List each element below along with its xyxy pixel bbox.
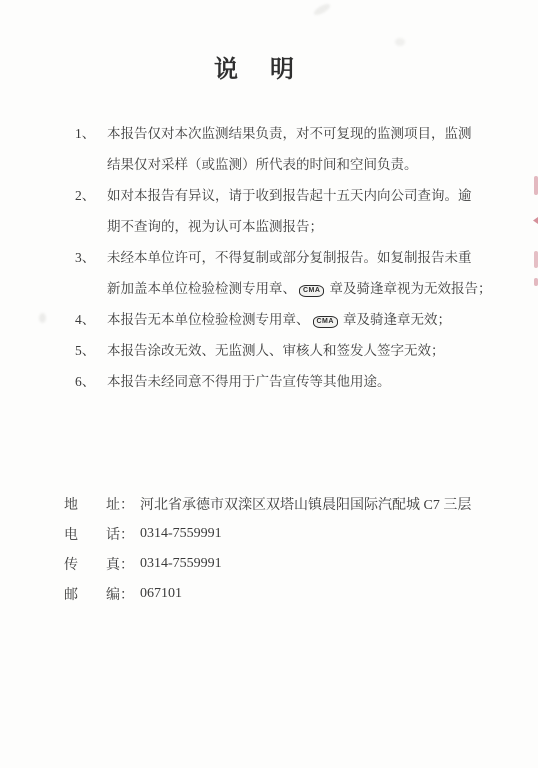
contact-value-address: 河北省承德市双滦区双塔山镇晨阳国际汽配城 C7 三层 <box>140 494 471 514</box>
note-text-segment: 本报告无本单位检验检测专用章、 <box>107 312 310 327</box>
scan-smudge <box>39 313 46 323</box>
contact-label-char: 编： <box>106 584 134 604</box>
contact-row-fax: 传 真： 0314-7559991 <box>64 549 471 579</box>
note-item-3: 3、 未经本单位许可，不得复制或部分复制报告。如复制报告未重 新加盖本单位检验检… <box>75 242 508 304</box>
cma-stamp-icon: CMA <box>299 285 324 297</box>
note-text-line: 本报告无本单位检验检测专用章、CMA章及骑逢章无效； <box>107 304 508 335</box>
contact-label-char: 地 <box>64 494 78 514</box>
note-number: 3、 <box>75 242 107 304</box>
contact-value-postcode: 067101 <box>140 586 182 602</box>
note-number: 4、 <box>75 304 107 335</box>
scanned-report-notes-page: 说 明 1、 本报告仅对本次监测结果负责，对不可复现的监测项目，监测 结果仅对采… <box>0 0 538 768</box>
contact-label: 地 址： <box>64 494 134 514</box>
note-number: 2、 <box>75 180 107 242</box>
note-item-4: 4、 本报告无本单位检验检测专用章、CMA章及骑逢章无效； <box>75 304 508 335</box>
note-text-line: 本报告涂改无效、无监测人、审核人和签发人签字无效； <box>107 335 508 366</box>
note-text-segment: 章及骑逢章视为无效报告； <box>329 281 491 296</box>
contact-label-char: 址： <box>106 494 134 514</box>
note-text-segment: 新加盖本单位检验检测专用章、 <box>107 281 296 296</box>
contact-label: 电 话： <box>64 524 134 544</box>
contact-label-char: 邮 <box>64 584 78 604</box>
note-text-line: 结果仅对采样（或监测）所代表的时间和空间负责。 <box>107 149 508 180</box>
note-text-line: 新加盖本单位检验检测专用章、CMA章及骑逢章视为无效报告； <box>107 273 508 304</box>
contact-value-fax: 0314-7559991 <box>140 556 222 572</box>
note-body: 本报告未经同意不得用于广告宣传等其他用途。 <box>107 366 508 397</box>
red-stamp-edge-fragment <box>534 176 538 195</box>
scan-smudge <box>312 2 331 17</box>
note-text-line: 本报告仅对本次监测结果负责，对不可复现的监测项目，监测 <box>107 118 508 149</box>
note-number: 5、 <box>75 335 107 366</box>
contact-value-phone: 0314-7559991 <box>140 526 222 542</box>
contact-row-address: 地 址： 河北省承德市双滦区双塔山镇晨阳国际汽配城 C7 三层 <box>64 489 471 519</box>
note-text-line: 如对本报告有异议，请于收到报告起十五天内向公司查询。逾 <box>107 180 508 211</box>
contact-label-char: 传 <box>64 554 78 574</box>
note-body: 如对本报告有异议，请于收到报告起十五天内向公司查询。逾 期不查询的，视为认可本监… <box>107 180 508 242</box>
red-stamp-edge-fragment <box>534 278 538 286</box>
note-text-line: 期不查询的，视为认可本监测报告； <box>107 211 508 242</box>
note-body: 未经本单位许可，不得复制或部分复制报告。如复制报告未重 新加盖本单位检验检测专用… <box>107 242 508 304</box>
note-item-1: 1、 本报告仅对本次监测结果负责，对不可复现的监测项目，监测 结果仅对采样（或监… <box>75 118 508 180</box>
notes-list: 1、 本报告仅对本次监测结果负责，对不可复现的监测项目，监测 结果仅对采样（或监… <box>0 118 538 397</box>
note-item-6: 6、 本报告未经同意不得用于广告宣传等其他用途。 <box>75 366 508 397</box>
note-number: 1、 <box>75 118 107 180</box>
note-item-5: 5、 本报告涂改无效、无监测人、审核人和签发人签字无效； <box>75 335 508 366</box>
contact-row-phone: 电 话： 0314-7559991 <box>64 519 471 549</box>
note-item-2: 2、 如对本报告有异议，请于收到报告起十五天内向公司查询。逾 期不查询的，视为认… <box>75 180 508 242</box>
contact-row-postcode: 邮 编： 067101 <box>64 579 471 609</box>
contact-label-char: 电 <box>64 524 78 544</box>
cma-stamp-icon: CMA <box>313 316 338 328</box>
scan-smudge <box>395 38 405 46</box>
contact-label: 传 真： <box>64 554 134 574</box>
red-stamp-edge-fragment <box>534 251 538 268</box>
note-body: 本报告仅对本次监测结果负责，对不可复现的监测项目，监测 结果仅对采样（或监测）所… <box>107 118 508 180</box>
page-title: 说 明 <box>0 56 525 84</box>
note-text-line: 本报告未经同意不得用于广告宣传等其他用途。 <box>107 366 508 397</box>
contact-label-char: 话： <box>106 524 134 544</box>
note-body: 本报告涂改无效、无监测人、审核人和签发人签字无效； <box>107 335 508 366</box>
contact-section: 地 址： 河北省承德市双滦区双塔山镇晨阳国际汽配城 C7 三层 电 话： 031… <box>64 489 471 609</box>
contact-label-char: 真： <box>106 554 134 574</box>
note-number: 6、 <box>75 366 107 397</box>
note-body: 本报告无本单位检验检测专用章、CMA章及骑逢章无效； <box>107 304 508 335</box>
note-text-line: 未经本单位许可，不得复制或部分复制报告。如复制报告未重 <box>107 242 508 273</box>
contact-label: 邮 编： <box>64 584 134 604</box>
note-text-segment: 章及骑逢章无效； <box>343 312 451 327</box>
